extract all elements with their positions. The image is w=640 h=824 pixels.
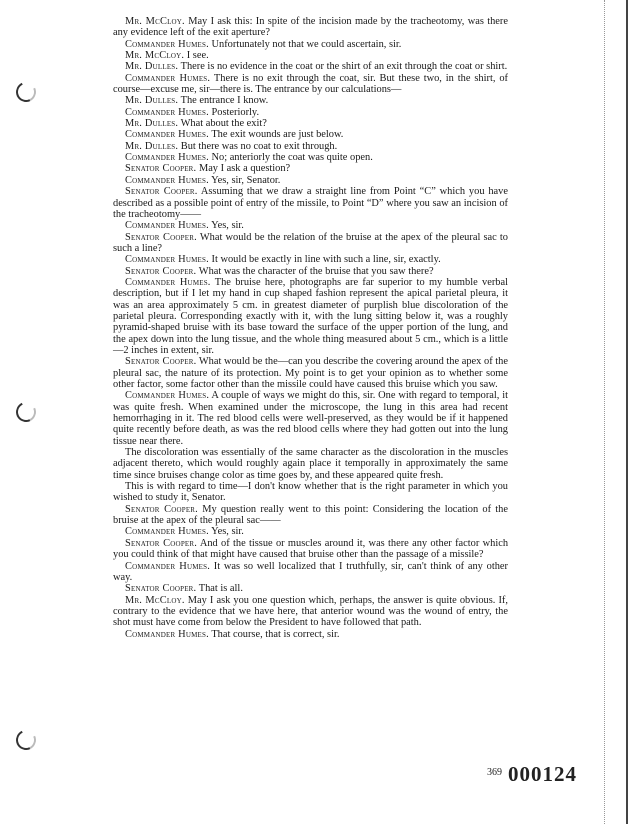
- speaker-name: Senator Cooper.: [125, 163, 196, 174]
- testimony-paragraph: This is with regard to time—I don't know…: [113, 481, 508, 504]
- testimony-paragraph: Commander Humes. That course, that is co…: [113, 629, 508, 640]
- speech-text: Yes, sir.: [211, 526, 244, 537]
- speaker-name: Senator Cooper.: [125, 504, 198, 515]
- speaker-name: Commander Humes.: [125, 152, 209, 163]
- speech-text: The discoloration was essentially of the…: [113, 447, 508, 481]
- speech-text: The bruise here, photographs are far sup…: [113, 277, 508, 356]
- testimony-paragraph: Senator Cooper. What was the character o…: [113, 266, 508, 277]
- speech-text: What was the character of the bruise tha…: [199, 266, 434, 277]
- speaker-name: Mr. Dulles.: [125, 95, 178, 106]
- testimony-paragraph: Commander Humes. Yes, sir, Senator.: [113, 175, 508, 186]
- speech-text: The entrance I know.: [181, 95, 269, 106]
- testimony-paragraph: Mr. McCloy. May I ask you one question w…: [113, 595, 508, 629]
- page-footer: 369000124: [487, 762, 577, 787]
- testimony-paragraph: Commander Humes. Unfortunately not that …: [113, 39, 508, 50]
- speaker-name: Senator Cooper.: [125, 266, 196, 277]
- testimony-paragraph: Senator Cooper. What would be the—can yo…: [113, 356, 508, 390]
- testimony-paragraph: Commander Humes. Yes, sir.: [113, 526, 508, 537]
- speech-text: May I ask a question?: [199, 163, 290, 174]
- speaker-name: Commander Humes.: [125, 73, 210, 84]
- testimony-paragraph: Mr. Dulles. There is no evidence in the …: [113, 61, 508, 72]
- testimony-paragraph: Senator Cooper. Assuming that we draw a …: [113, 186, 508, 220]
- speaker-name: Commander Humes.: [125, 254, 209, 265]
- testimony-paragraph: The discoloration was essentially of the…: [113, 447, 508, 481]
- speech-text: Yes, sir.: [211, 220, 244, 231]
- speaker-name: Commander Humes.: [125, 526, 209, 537]
- speaker-name: Commander Humes.: [125, 107, 209, 118]
- testimony-paragraph: Commander Humes. Yes, sir.: [113, 220, 508, 231]
- scan-edge-line: [626, 0, 628, 824]
- speech-text: Unfortunately not that we could ascertai…: [212, 39, 402, 50]
- testimony-body: Mr. McCloy. May I ask this: In spite of …: [113, 16, 508, 640]
- binder-hole-icon: [13, 399, 39, 425]
- binder-hole-icon: [13, 79, 39, 105]
- document-stamp: 000124: [508, 762, 577, 786]
- testimony-paragraph: Mr. Dulles. The entrance I know.: [113, 95, 508, 106]
- testimony-paragraph: Commander Humes. The exit wounds are jus…: [113, 129, 508, 140]
- binder-hole-icon: [13, 727, 39, 753]
- testimony-paragraph: Commander Humes. Posteriorly.: [113, 107, 508, 118]
- testimony-paragraph: Commander Humes. A couple of ways we mig…: [113, 390, 508, 447]
- speech-text: Yes, sir, Senator.: [211, 175, 280, 186]
- testimony-paragraph: Mr. McCloy. I see.: [113, 50, 508, 61]
- speaker-name: Mr. McCloy.: [125, 50, 184, 61]
- testimony-paragraph: Senator Cooper. And of the tissue or mus…: [113, 538, 508, 561]
- document-page: Mr. McCloy. May I ask this: In spite of …: [0, 0, 640, 824]
- speech-text: There is no evidence in the coat or the …: [181, 61, 508, 72]
- speaker-name: Commander Humes.: [125, 39, 209, 50]
- testimony-paragraph: Mr. Dulles. But there was no coat to exi…: [113, 141, 508, 152]
- speech-text: This is with regard to time—I don't know…: [113, 481, 508, 503]
- speaker-name: Commander Humes.: [125, 175, 209, 186]
- testimony-paragraph: Mr. Dulles. What about the exit?: [113, 118, 508, 129]
- testimony-paragraph: Mr. McCloy. May I ask this: In spite of …: [113, 16, 508, 39]
- testimony-paragraph: Senator Cooper. May I ask a question?: [113, 163, 508, 174]
- speaker-name: Commander Humes.: [125, 629, 209, 640]
- speech-text: What about the exit?: [181, 118, 267, 129]
- speech-text: It would be exactly in line with such a …: [212, 254, 441, 265]
- speaker-name: Commander Humes.: [125, 561, 210, 572]
- speech-text: But there was no coat to exit through.: [181, 141, 337, 152]
- scan-edge-line: [604, 0, 606, 824]
- speech-text: That is all.: [199, 583, 243, 594]
- testimony-paragraph: Commander Humes. It was so well localize…: [113, 561, 508, 584]
- speech-text: Posteriorly.: [212, 107, 260, 118]
- speaker-name: Senator Cooper.: [125, 232, 197, 243]
- testimony-paragraph: Commander Humes. It would be exactly in …: [113, 254, 508, 265]
- speaker-name: Commander Humes.: [125, 390, 209, 401]
- speaker-name: Senator Cooper.: [125, 583, 196, 594]
- testimony-paragraph: Senator Cooper. My question really went …: [113, 504, 508, 527]
- speech-text: I see.: [187, 50, 209, 61]
- testimony-paragraph: Commander Humes. No; anteriorly the coat…: [113, 152, 508, 163]
- speaker-name: Mr. Dulles.: [125, 118, 178, 129]
- testimony-paragraph: Senator Cooper. What would be the relati…: [113, 232, 508, 255]
- speaker-name: Mr. McCloy.: [125, 595, 185, 606]
- speech-text: That course, that is correct, sir.: [211, 629, 339, 640]
- page-number: 369: [487, 767, 502, 778]
- speech-text: No; anteriorly the coat was quite open.: [212, 152, 373, 163]
- speaker-name: Commander Humes.: [125, 220, 209, 231]
- testimony-paragraph: Senator Cooper. That is all.: [113, 583, 508, 594]
- speaker-name: Mr. Dulles.: [125, 61, 178, 72]
- speaker-name: Mr. Dulles.: [125, 141, 178, 152]
- speech-text: The exit wounds are just below.: [211, 129, 343, 140]
- speaker-name: Commander Humes.: [125, 277, 211, 288]
- speaker-name: Mr. McCloy.: [125, 16, 185, 27]
- speaker-name: Senator Cooper.: [125, 356, 196, 367]
- speaker-name: Commander Humes.: [125, 129, 209, 140]
- speaker-name: Senator Cooper.: [125, 538, 197, 549]
- speaker-name: Senator Cooper.: [125, 186, 198, 197]
- testimony-paragraph: Commander Humes. There is no exit throug…: [113, 73, 508, 96]
- testimony-paragraph: Commander Humes. The bruise here, photog…: [113, 277, 508, 356]
